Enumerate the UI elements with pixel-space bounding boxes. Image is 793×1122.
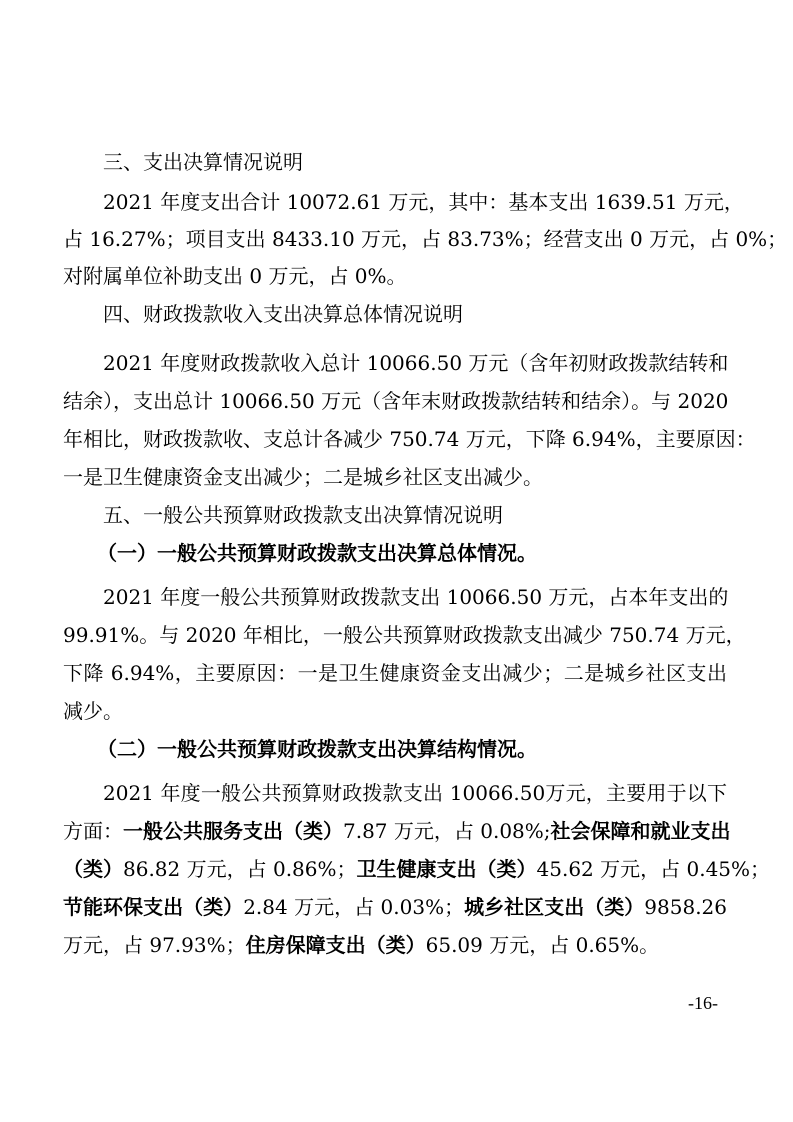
section-4-line-1: 2021 年度财政拨款收入总计 10066.50 万元（含年初财政拨款结转和 — [103, 349, 727, 377]
category-name: 社会保障和就业支出 — [551, 819, 731, 843]
category-name-cont: （类） — [63, 857, 123, 881]
subsection-5-2-line-5: 万元，占 97.93%；住房保障支出（类）65.09 万元，占 0.65%。 — [63, 931, 727, 959]
line-prefix: 方面： — [63, 819, 123, 843]
section-3-line-3: 对附属单位补助支出 0 万元，占 0%。 — [63, 262, 727, 290]
category-detail: 45.62 万元，占 0.45%； — [537, 857, 771, 881]
category-name: 城乡社区支出（类） — [464, 895, 644, 919]
subsection-5-1-line-3: 下降 6.94%，主要原因：一是卫生健康资金支出减少；二是城乡社区支出 — [63, 659, 727, 687]
section-4-line-4: 一是卫生健康资金支出减少；二是城乡社区支出减少。 — [63, 463, 727, 491]
subsection-5-1-line-2: 99.91%。与 2020 年相比，一般公共预算财政拨款支出减少 750.74 … — [63, 621, 727, 649]
subsection-5-2-line-3: （类）86.82 万元，占 0.86%；卫生健康支出（类）45.62 万元，占 … — [63, 855, 727, 883]
section-4-line-3: 年相比，财政拨款收、支总计各减少 750.74 万元，下降 6.94%，主要原因… — [63, 425, 727, 453]
category-detail: 2.84 万元，占 0.03%； — [243, 895, 464, 919]
subsection-5-1-line-1: 2021 年度一般公共预算财政拨款支出 10066.50 万元，占本年支出的 — [103, 583, 727, 611]
category-name: 住房保障支出（类） — [246, 933, 426, 957]
category-detail: 7.87 万元，占 0.08%; — [343, 819, 551, 843]
category-name: 卫生健康支出（类） — [357, 857, 537, 881]
subsection-5-1-heading: （一）一般公共预算财政拨款支出决算总体情况。 — [97, 539, 761, 567]
category-name: 一般公共服务支出（类） — [123, 819, 343, 843]
category-detail: 9858.26 — [644, 895, 727, 919]
category-detail: 65.09 万元，占 0.65%。 — [426, 933, 660, 957]
category-detail: 86.82 万元，占 0.86%； — [123, 857, 357, 881]
category-detail-cont: 万元，占 97.93%； — [63, 933, 246, 957]
section-3-heading: 三、支出决算情况说明 — [103, 148, 727, 176]
section-3-line-1: 2021 年度支出合计 10072.61 万元，其中：基本支出 1639.51 … — [103, 188, 727, 216]
page-number: -16- — [688, 993, 718, 1014]
section-4-line-2: 结余），支出总计 10066.50 万元（含年末财政拨款结转和结余）。与 202… — [63, 387, 727, 415]
subsection-5-2-heading: （二）一般公共预算财政拨款支出决算结构情况。 — [97, 735, 761, 763]
subsection-5-2-line-2: 方面：一般公共服务支出（类）7.87 万元，占 0.08%;社会保障和就业支出 — [63, 817, 727, 845]
category-name: 节能环保支出（类） — [63, 895, 243, 919]
section-3-line-2: 占 16.27%；项目支出 8433.10 万元，占 83.73%；经营支出 0… — [63, 225, 727, 253]
section-5-heading: 五、一般公共预算财政拨款支出决算情况说明 — [103, 501, 727, 529]
subsection-5-1-line-4: 减少。 — [63, 697, 727, 725]
section-4-heading: 四、财政拨款收入支出决算总体情况说明 — [103, 300, 727, 328]
subsection-5-2-line-4: 节能环保支出（类）2.84 万元，占 0.03%；城乡社区支出（类）9858.2… — [63, 893, 727, 921]
subsection-5-2-intro: 2021 年度一般公共预算财政拨款支出 10066.50万元，主要用于以下 — [103, 779, 727, 807]
document-page: 三、支出决算情况说明 2021 年度支出合计 10072.61 万元，其中：基本… — [0, 0, 793, 1122]
